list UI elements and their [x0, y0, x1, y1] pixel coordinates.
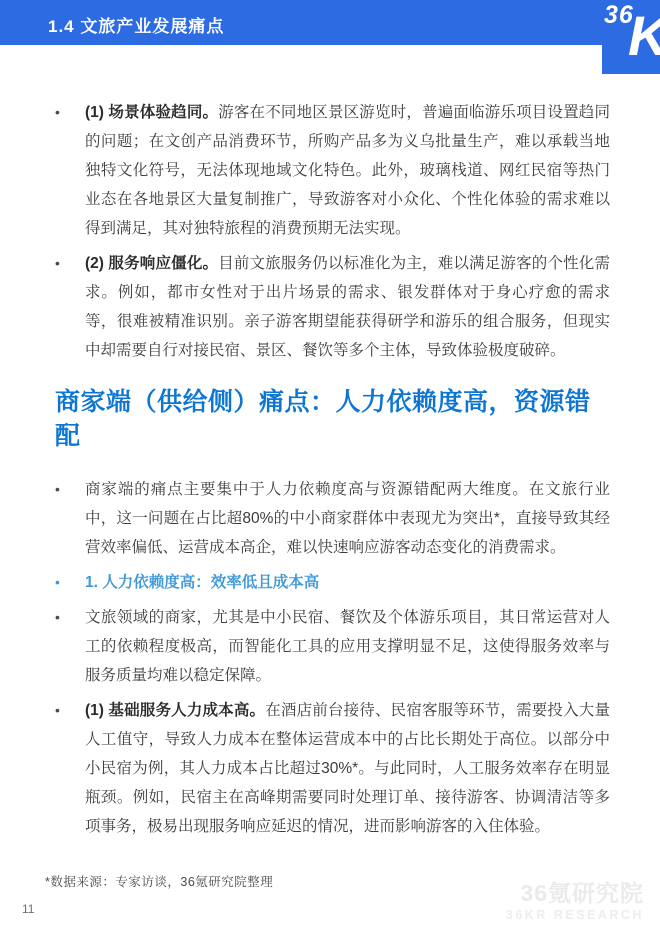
paragraph-labor-cost: (1) 基础服务人力成本高。在酒店前台接待、民宿客服等环节，需要投入大量人工值守… [85, 696, 610, 841]
content-area: • (1) 场景体验趋同。游客在不同地区景区游览时，普遍面临游乐项目设置趋同的问… [55, 98, 610, 847]
watermark: 36氪研究院 36KR RESEARCH [506, 875, 644, 922]
bullet-icon: • [55, 475, 85, 562]
bullet-icon: • [55, 568, 85, 597]
logo-kr-text: Kr [628, 4, 660, 68]
bullet-icon: • [55, 98, 85, 243]
paragraph-lead: (1) 基础服务人力成本高。 [85, 702, 265, 719]
section-heading: 商家端（供给侧）痛点：人力依赖度高，资源错配 [55, 385, 610, 453]
paragraph-merchant-painpoints: 商家端的痛点主要集中于人力依赖度高与资源错配两大维度。在文旅行业中，这一问题在占… [85, 475, 610, 562]
list-item: • (1) 基础服务人力成本高。在酒店前台接待、民宿客服等环节，需要投入大量人工… [55, 696, 610, 841]
bullet-icon: • [55, 603, 85, 690]
list-item-subheading: • 1. 人力依赖度高：效率低且成本高 [55, 568, 610, 597]
list-item: • (1) 场景体验趋同。游客在不同地区景区游览时，普遍面临游乐项目设置趋同的问… [55, 98, 610, 243]
list-item: • 商家端的痛点主要集中于人力依赖度高与资源错配两大维度。在文旅行业中，这一问题… [55, 475, 610, 562]
page-title: 1.4 文旅产业发展痛点 [48, 12, 224, 37]
paragraph-lead: (1) 场景体验趋同。 [85, 104, 218, 121]
paragraph-service-response: (2) 服务响应僵化。目前文旅服务仍以标准化为主，难以满足游客的个性化需求。例如… [85, 249, 610, 365]
paragraph-scene-experience: (1) 场景体验趋同。游客在不同地区景区游览时，普遍面临游乐项目设置趋同的问题；… [85, 98, 610, 243]
paragraph-body: 游客在不同地区景区游览时，普遍面临游乐项目设置趋同的问题；在文创产品消费环节，所… [85, 104, 610, 237]
page-number: 11 [22, 902, 34, 916]
subheading-labor-dependency: 1. 人力依赖度高：效率低且成本高 [85, 568, 610, 597]
data-source-footnote: *数据来源：专家访谈，36氪研究院整理 [45, 872, 273, 890]
watermark-chinese: 36氪研究院 [506, 875, 644, 908]
watermark-english: 36KR RESEARCH [506, 908, 644, 922]
bullet-icon: • [55, 696, 85, 841]
paragraph-lead: (2) 服务响应僵化。 [85, 255, 218, 272]
paragraph-body: 在酒店前台接待、民宿客服等环节，需要投入大量人工值守，导致人力成本在整体运营成本… [85, 702, 610, 835]
logo-36kr: 36 Kr [602, 0, 660, 74]
list-item: • (2) 服务响应僵化。目前文旅服务仍以标准化为主，难以满足游客的个性化需求。… [55, 249, 610, 365]
paragraph-merchant-operations: 文旅领域的商家，尤其是中小民宿、餐饮及个体游乐项目，其日常运营对人工的依赖程度极… [85, 603, 610, 690]
list-item: • 文旅领域的商家，尤其是中小民宿、餐饮及个体游乐项目，其日常运营对人工的依赖程… [55, 603, 610, 690]
page-header: 1.4 文旅产业发展痛点 [0, 0, 660, 45]
bullet-icon: • [55, 249, 85, 365]
